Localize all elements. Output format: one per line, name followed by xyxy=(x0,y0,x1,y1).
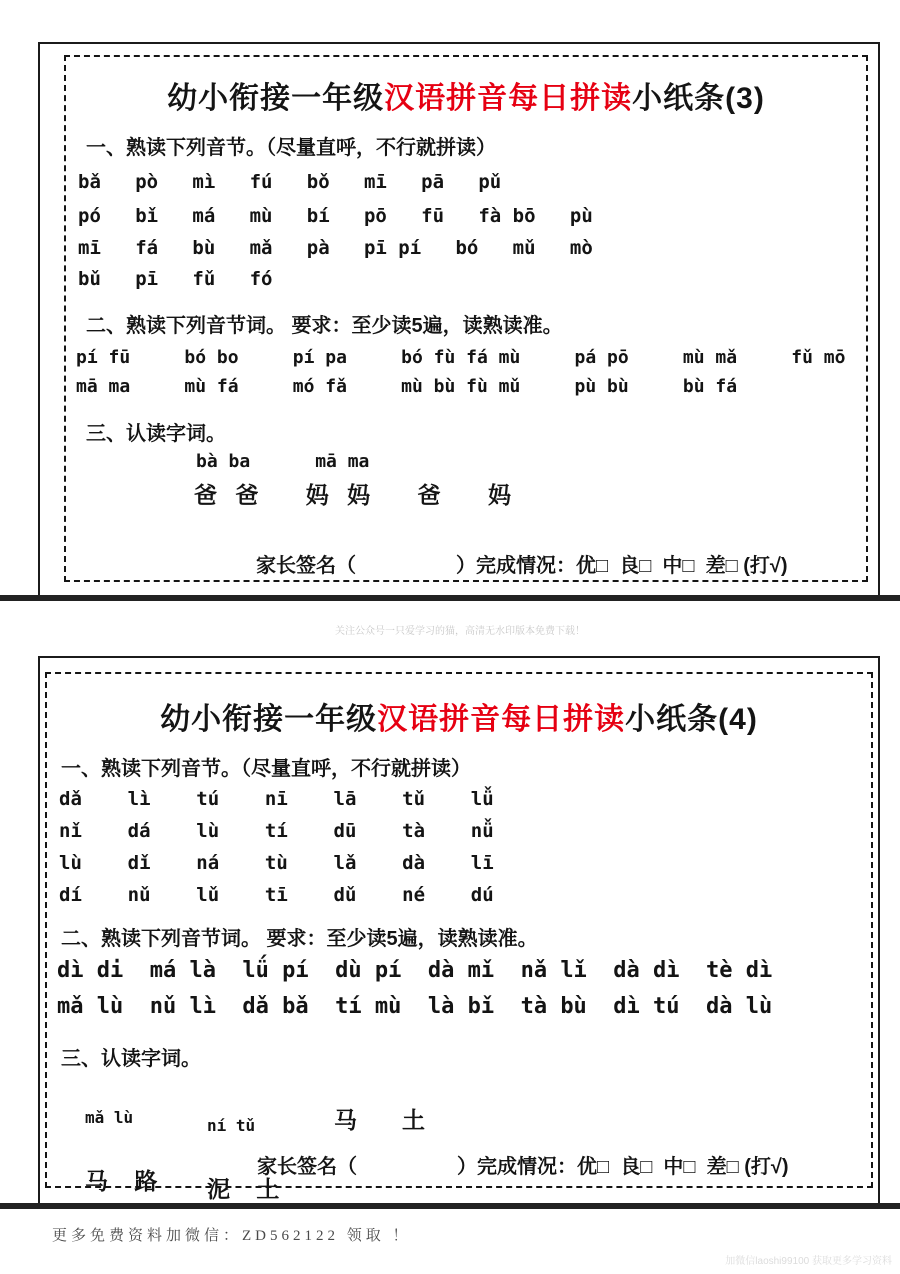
card4-syllable-row: dǎ lì tú nī lā tǔ lǚ xyxy=(59,788,494,810)
card4-section3-heading: 三、认读字词。 xyxy=(61,1042,201,1071)
card4-extra-hanzi: 马 xyxy=(334,1102,357,1135)
card3-section1-heading: 一、熟读下列音节。（尽量直呼，不行就拼读） xyxy=(86,131,496,160)
card3-syllable-row: mī fá bù mǎ pà pī pí bó mǔ mò xyxy=(78,237,593,259)
card4-title: 幼小衔接一年级汉语拼音每日拼读小纸条(4) xyxy=(47,694,871,738)
card4-extra-hanzi: 土 xyxy=(402,1102,425,1135)
card4-syllable-row: dí nǔ lǔ tī dǔ né dú xyxy=(59,884,494,906)
card4-section1-heading: 一、熟读下列音节。（尽量直呼，不行就拼读） xyxy=(61,752,471,781)
card4-title-prefix: 幼小衔接一年级 xyxy=(160,703,377,736)
card3-title-prefix: 幼小衔接一年级 xyxy=(167,82,384,115)
card4-word-row: mǎ lù nǔ lì dǎ bǎ tí mù là bǐ tà bù dì t… xyxy=(57,994,772,1019)
worksheet-card-4: 幼小衔接一年级汉语拼音每日拼读小纸条(4) 一、熟读下列音节。（尽量直呼，不行就… xyxy=(45,672,873,1188)
card3-title-suffix: 小纸条(3) xyxy=(632,82,765,115)
card3-section3-heading: 三、认读字词。 xyxy=(86,417,226,446)
corner-watermark-note: 加微信laoshi99100 获取更多学习资料 xyxy=(725,1252,892,1267)
card3-word-row: mā ma mù fá mó fǎ mù bù fù mǔ pù bù bù f… xyxy=(76,376,737,397)
card4-word-hanzi: 马 路 xyxy=(85,1163,167,1196)
card4-signature-line: 家长签名（ ）完成情况：优□ 良□ 中□ 差□ (打√) xyxy=(257,1150,789,1179)
card3-section2-heading: 二、熟读下列音节词。 要求：至少读5遍，读熟读准。 xyxy=(86,309,563,338)
card4-section2-heading: 二、熟读下列音节词。 要求：至少读5遍，读熟读准。 xyxy=(61,922,538,951)
card3-signature-line: 家长签名（ ）完成情况：优□ 良□ 中□ 差□ (打√) xyxy=(256,549,788,578)
card3-title: 幼小衔接一年级汉语拼音每日拼读小纸条(3) xyxy=(66,73,866,117)
card3-syllable-row: bǔ pī fǔ fó xyxy=(78,268,272,290)
card4-title-highlight: 汉语拼音每日拼读 xyxy=(377,703,625,736)
card3-title-highlight: 汉语拼音每日拼读 xyxy=(384,82,632,115)
card4-word-row: dì di má là lǘ pí dù pí dà mǐ nǎ lǐ dà d… xyxy=(57,958,772,983)
page1-edge-shadow xyxy=(0,595,900,601)
mid-page-watermark: 关注公众号一只爱学习的猫，高清无水印版本免费下载！ xyxy=(335,622,585,637)
worksheet-card-3: 幼小衔接一年级汉语拼音每日拼读小纸条(3) 一、熟读下列音节。（尽量直呼，不行就… xyxy=(64,55,868,582)
card4-word-pinyin: ní tǔ xyxy=(207,1116,289,1135)
card3-word-hanzi: 爸 爸 妈 妈 爸 妈 xyxy=(194,477,517,510)
card3-syllable-row: bǎ pò mì fú bǒ mī pā pǔ xyxy=(78,171,501,193)
card3-word-pinyin: bà ba mā ma xyxy=(196,451,369,472)
card4-word-group: mǎ lù 马 路 xyxy=(85,1072,167,1232)
card3-word-row: pí fū bó bo pí pa bó fù fá mù pá pō mù m… xyxy=(76,347,845,368)
wechat-promo-note: 更多免费资料加微信：ZD562122 领取 ！ xyxy=(52,1224,412,1245)
card4-syllable-row: lù dǐ ná tù lǎ dà lī xyxy=(59,852,494,874)
card4-word-pinyin: mǎ lù xyxy=(85,1108,167,1127)
card4-syllable-row: nǐ dá lù tí dū tà nǚ xyxy=(59,820,494,842)
card4-title-suffix: 小纸条(4) xyxy=(625,703,758,736)
card3-syllable-row: pó bǐ má mù bí pō fū fà bō pù xyxy=(78,205,593,227)
